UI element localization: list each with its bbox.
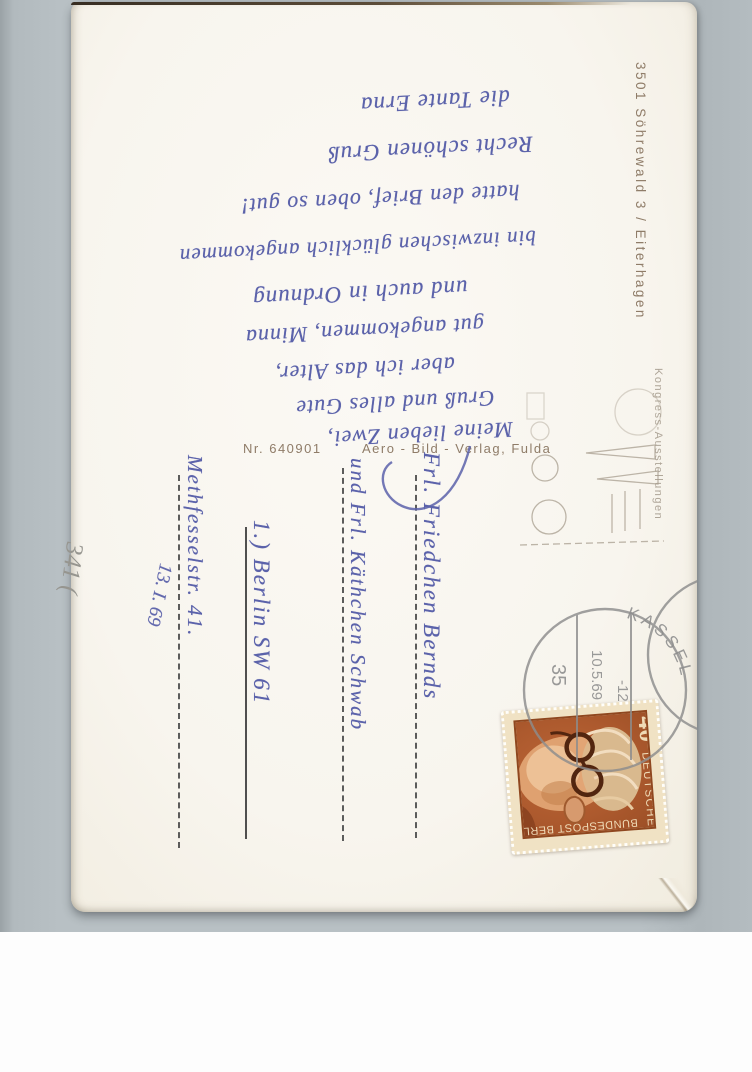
address-line-4: Methfesselstr. 41. [182,455,207,637]
address-line-1: Frl. Friedchen Bernds [418,452,444,700]
stamp-frame: 40 DEUTSCHE BUNDESPOST BERLIN [513,710,656,839]
address-line-3: 1.) Berlin SW 61 [248,520,274,705]
address-rule-dashed-1 [178,475,180,848]
postage-stamp: 40 DEUTSCHE BUNDESPOST BERLIN [501,699,670,855]
stamp-value: 40 [631,715,656,743]
address-rule-solid [245,527,247,839]
address-rule-dashed-2 [342,468,344,841]
address-line-2: und Frl. Käthchen Schwab [345,458,370,731]
postcard-scan: 3501 Söhrewald 3 / Eiterhagen Nr. 640901… [0,0,752,1072]
address-rule-dashed-3 [415,475,417,838]
scan-background-lower [0,932,752,1072]
